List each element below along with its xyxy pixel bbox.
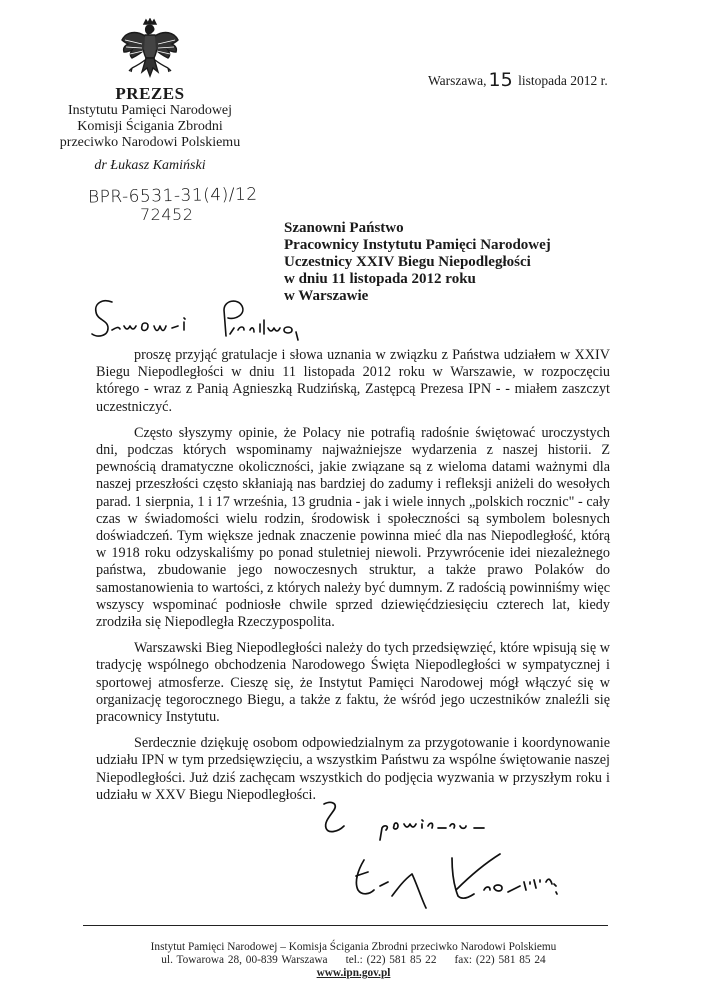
- addressee-line-4: w dniu 11 listopada 2012 roku: [284, 271, 476, 288]
- institution-line-2: Komisji Ścigania Zbrodni: [0, 119, 300, 135]
- polish-eagle-emblem-icon: [118, 18, 182, 84]
- footer-address: ul. Towarowa 28, 00-839 Warszawa: [161, 954, 327, 966]
- registry-number: 72452: [140, 205, 193, 224]
- body-paragraph-2: Często słyszymy opinie, że Polacy nie po…: [96, 425, 610, 631]
- letter-date: Warszawa,15 listopada 2012 r.: [428, 68, 608, 90]
- body-paragraph-4: Serdecznie dziękuję osobom odpowiedzialn…: [96, 735, 610, 804]
- body-paragraph-1: proszę przyjąć gratulacje i słowa uznani…: [96, 347, 610, 416]
- date-day-handwritten: 15: [489, 69, 513, 91]
- date-rest: listopada 2012 r.: [518, 73, 608, 88]
- footer-fax: fax: (22) 581 85 24: [454, 954, 545, 966]
- handwritten-signature: Łukasz Kamiński: [318, 800, 638, 915]
- footer-institution: Instytut Pamięci Narodowej – Komisja Ści…: [0, 941, 707, 954]
- body-paragraph-3: Warszawski Bieg Niepodległości należy do…: [96, 640, 610, 726]
- addressee-line-3: Uczestnicy XXIV Biegu Niepodległości: [284, 254, 531, 271]
- footer-phone: tel.: (22) 581 85 22: [346, 954, 437, 966]
- footer-divider: [83, 925, 608, 926]
- letterhead-title: PREZES: [0, 84, 300, 104]
- footer-contact: ul. Towarowa 28, 00-839 Warszawatel.: (2…: [0, 954, 707, 967]
- footer-website-line: www.ipn.gov.pl: [0, 967, 707, 980]
- handwritten-salutation: Szanowni Państwo,: [88, 296, 368, 344]
- footer-website-link[interactable]: www.ipn.gov.pl: [317, 967, 391, 979]
- addressee-line-1: Szanowni Państwo: [284, 220, 404, 237]
- addressee-line-2: Pracownicy Instytutu Pamięci Narodowej: [284, 237, 551, 254]
- institution-line-1: Instytutu Pamięci Narodowej: [0, 103, 300, 119]
- director-name: dr Łukasz Kamiński: [0, 158, 300, 174]
- letter-body: proszę przyjąć gratulacje i słowa uznani…: [96, 347, 610, 813]
- institution-line-3: przeciwko Narodowi Polskiemu: [0, 135, 300, 151]
- date-city: Warszawa,: [428, 73, 487, 88]
